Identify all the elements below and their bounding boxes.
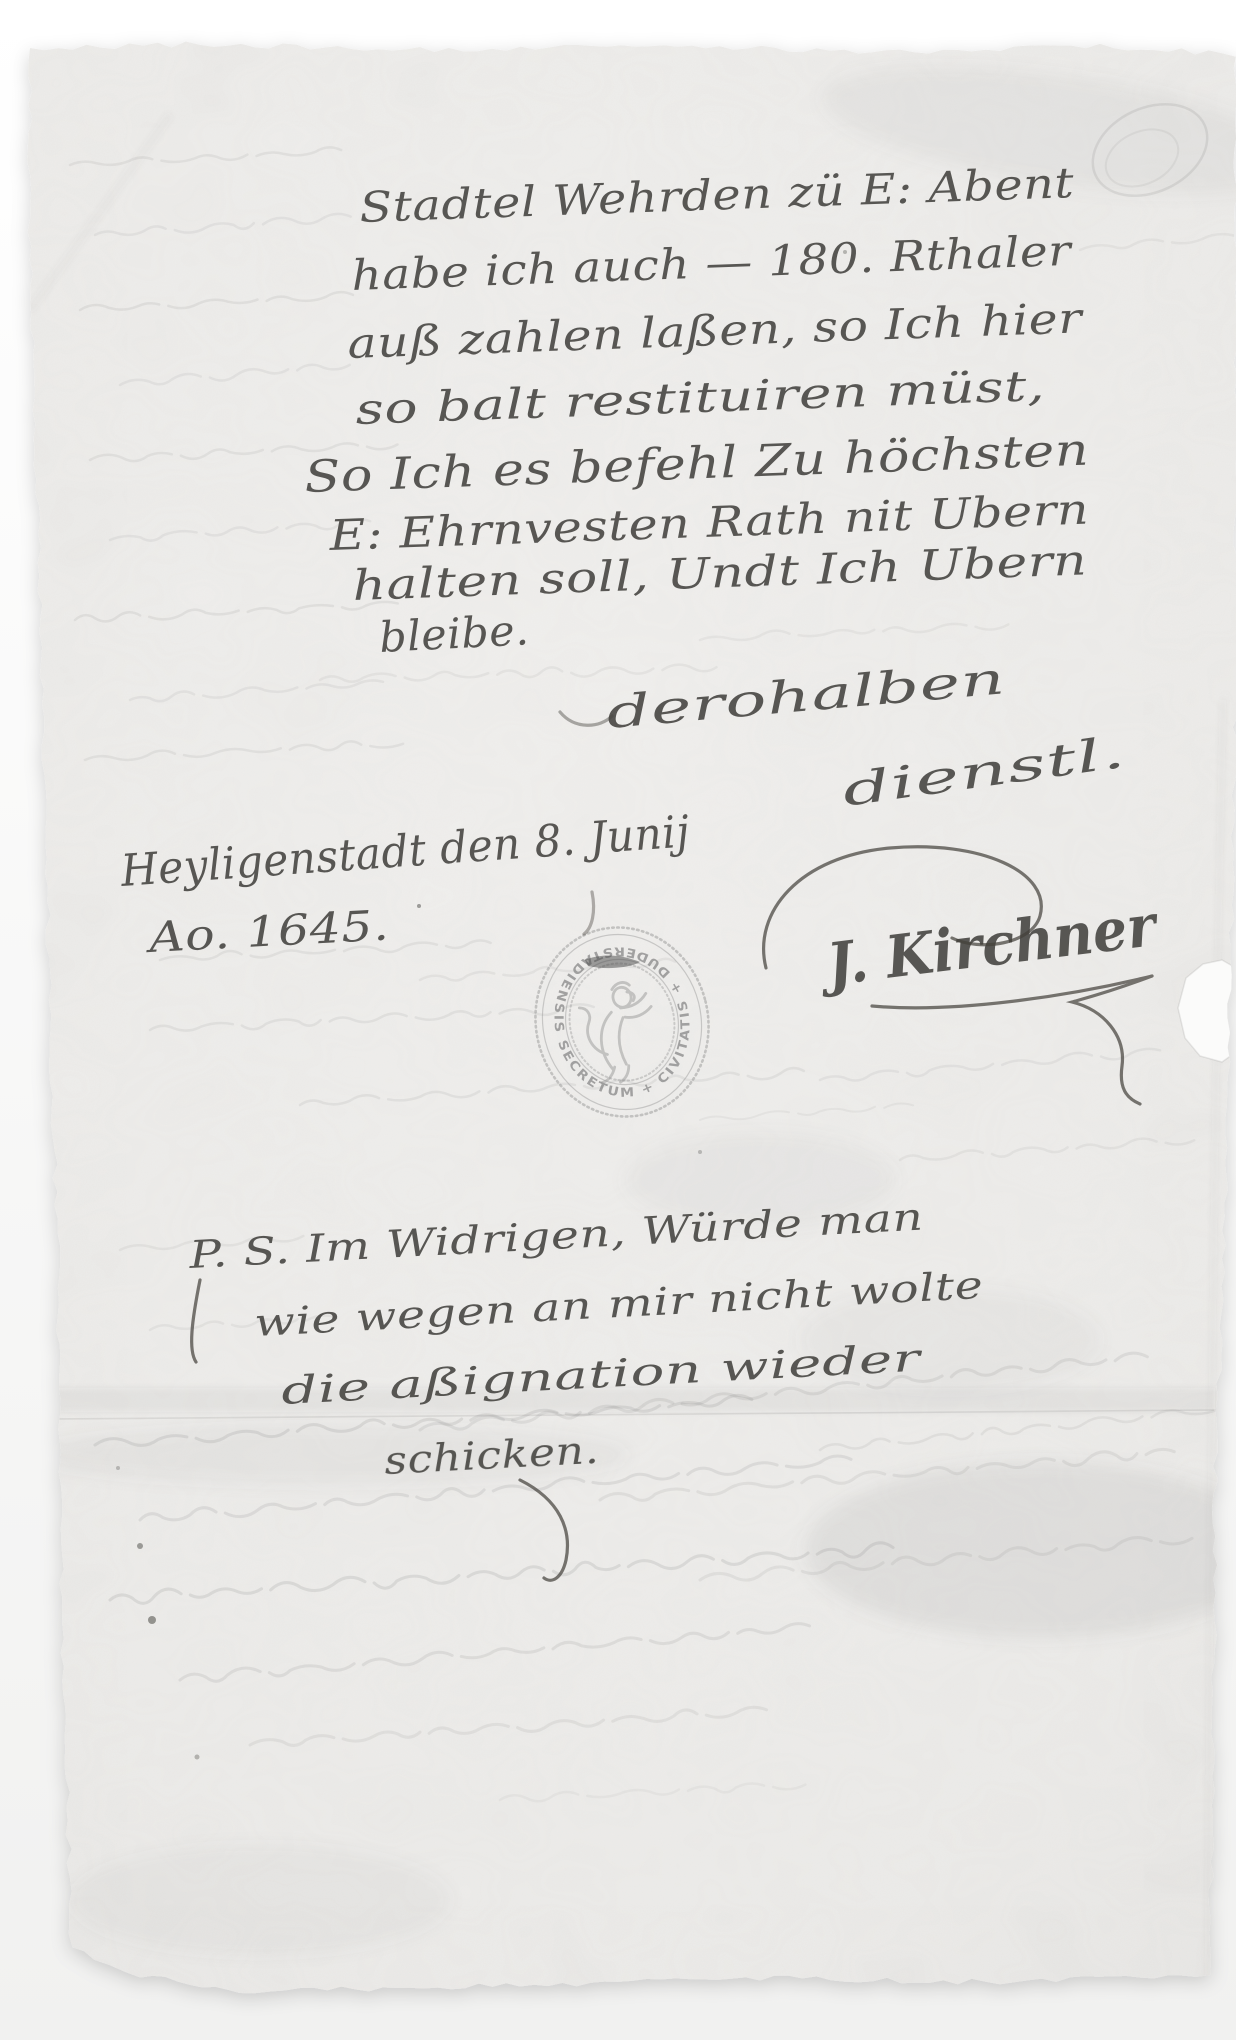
body-line-8: bleibe.: [378, 605, 530, 662]
scanned-letter-page: SECRETUM + CIVITATIS + DUDERSTADIENSIS S…: [0, 0, 1236, 2040]
letter-scan: SECRETUM + CIVITATIS + DUDERSTADIENSIS S…: [0, 0, 1236, 2040]
